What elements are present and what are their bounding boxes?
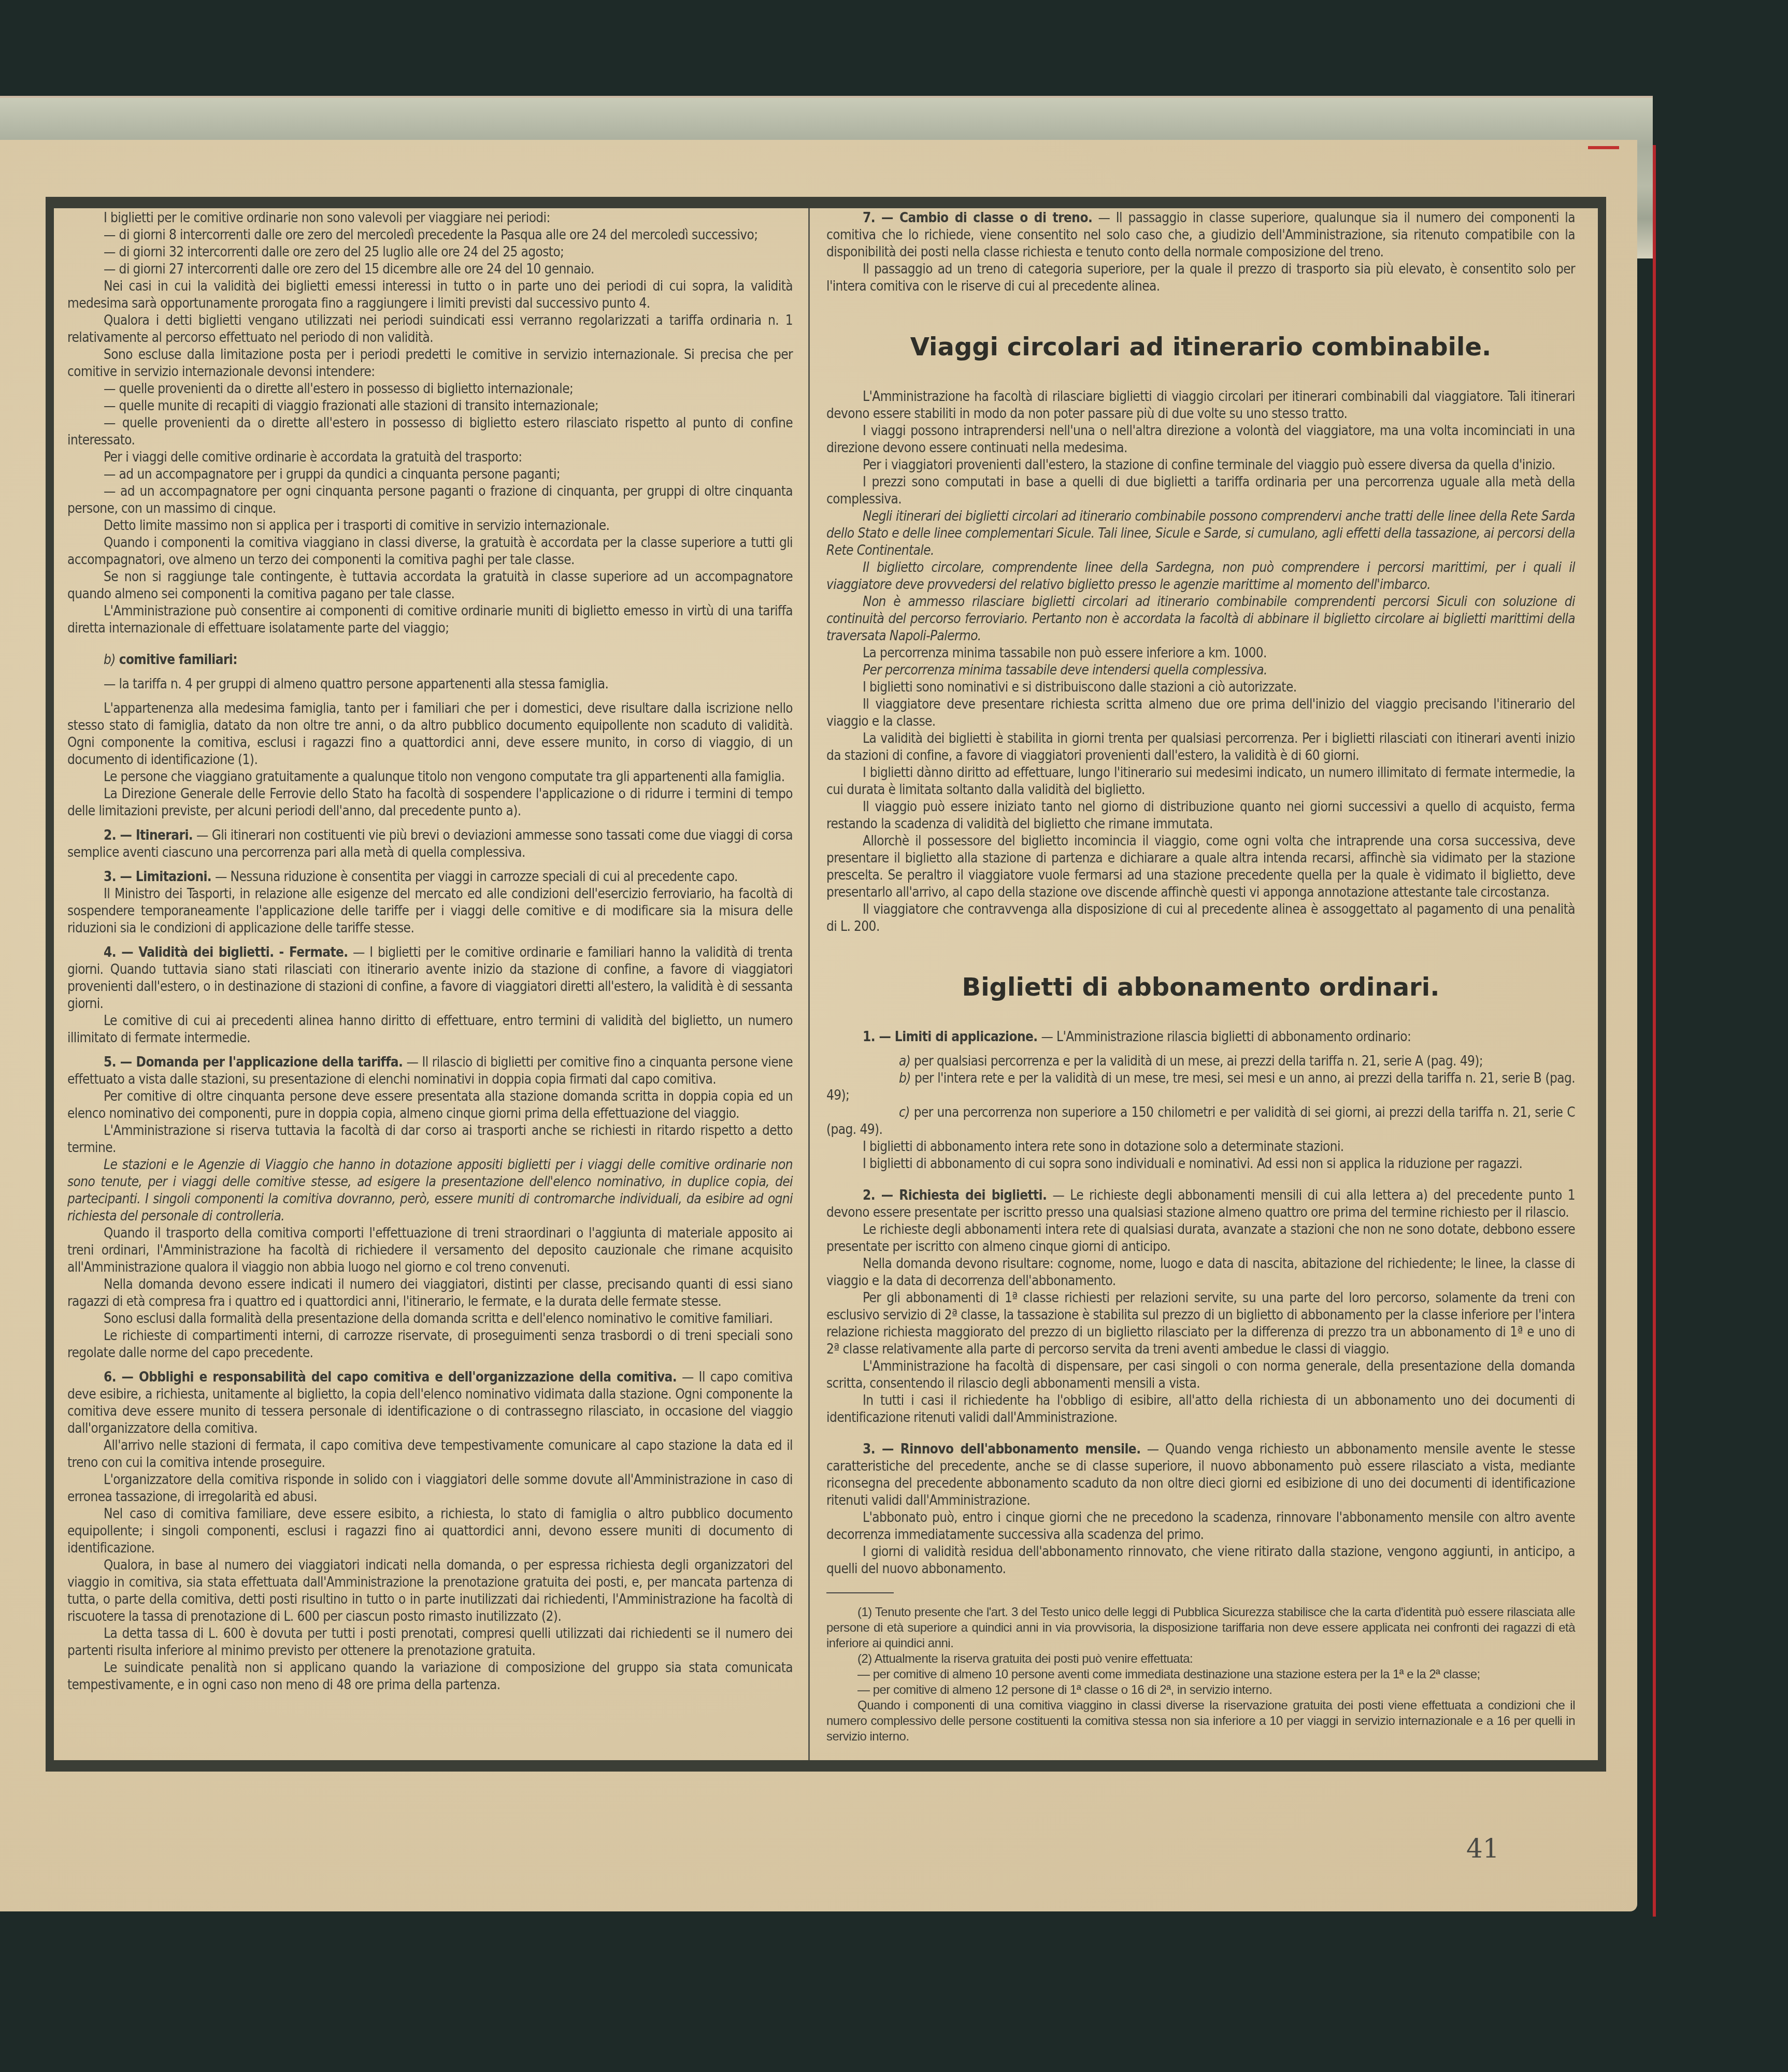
page-edge-red (1653, 145, 1656, 1917)
paragraph: — la tariffa n. 4 per gruppi di almeno q… (67, 676, 793, 693)
paragraph: I giorni di validità residua dell'abbona… (826, 1544, 1575, 1578)
paragraph: I biglietti sono nominativi e si distrib… (826, 679, 1575, 696)
paragraph: Sono escluse dalla limitazione posta per… (67, 347, 793, 381)
paragraph: Allorchè il possessore del biglietto inc… (826, 833, 1575, 901)
paragraph: Il viaggio può essere iniziato tanto nel… (826, 799, 1575, 833)
paragraph: L'Amministrazione può consentire ai comp… (67, 603, 793, 637)
paragraph-italic: Negli itinerari dei biglietti circolari … (826, 508, 1575, 559)
section-4: 4. — Validità dei biglietti. - Fermate. … (67, 944, 793, 1013)
paragraph-italic: Non è ammesso rilasciare biglietti circo… (826, 594, 1575, 645)
paragraph-italic: Per percorrenza minima tassabile deve in… (826, 662, 1575, 679)
list-item: — quelle provenienti da o dirette all'es… (67, 415, 793, 449)
paragraph: Le persone che viaggiano gratuitamente a… (67, 769, 793, 786)
paragraph: Il viaggiatore che contravvenga alla dis… (826, 901, 1575, 936)
paragraph: Le richieste degli abbonamenti intera re… (826, 1221, 1575, 1256)
heading-abbonamento: Biglietti di abbonamento ordinari. (826, 972, 1575, 1003)
paragraph: Per comitive di oltre cinquanta persone … (67, 1088, 793, 1123)
list-item: a) per qualsiasi percorrenza e per la va… (826, 1053, 1575, 1070)
paragraph: I biglietti di abbonamento intera rete s… (826, 1139, 1575, 1156)
paragraph: Le richieste di compartimenti interni, d… (67, 1328, 793, 1362)
paragraph: L'appartenenza alla medesima famiglia, t… (67, 700, 793, 769)
left-column: I biglietti per le comitive ordinarie no… (67, 210, 793, 1694)
subsection-label: b) (104, 652, 116, 668)
section-a3: 3. — Rinnovo dell'abbonamento mensile. —… (826, 1441, 1575, 1509)
paragraph: Quando i componenti la comitiva viaggian… (67, 535, 793, 569)
footnote-2: (2) Attualmente la riserva gratuita dei … (826, 1651, 1575, 1667)
footnote-1: (1) Tenuto presente che l'art. 3 del Tes… (826, 1605, 1575, 1651)
list-item: — di giorni 27 intercorrenti dalle ore z… (67, 261, 793, 278)
section-5: 5. — Domanda per l'applicazione della ta… (67, 1054, 793, 1088)
subsection-title: comitive familiari: (119, 652, 237, 668)
paragraph: I prezzi sono computati in base a quelli… (826, 474, 1575, 508)
section-title: 5. — Domanda per l'applicazione della ta… (104, 1055, 403, 1070)
paragraph: All'arrivo nelle stazioni di fermata, il… (67, 1437, 793, 1472)
footnote-list-item: — per comitive di almeno 12 persone di 1… (826, 1682, 1575, 1698)
paragraph: L'Amministrazione ha facoltà di rilascia… (826, 388, 1575, 423)
paragraph: Qualora i detti biglietti vengano utiliz… (67, 312, 793, 347)
paragraph: Le suindicate penalità non si applicano … (67, 1660, 793, 1694)
section-title: 6. — Obblighi e responsabilità del capo … (104, 1370, 677, 1385)
section-a1: 1. — Limiti di applicazione. — L'Amminis… (826, 1029, 1575, 1046)
paragraph: I biglietti di abbonamento di cui sopra … (826, 1156, 1575, 1173)
page-number: 41 (1466, 1834, 1499, 1864)
paragraph: Per gli abbonamenti di 1ª classe richies… (826, 1290, 1575, 1358)
paragraph: La detta tassa di L. 600 è dovuta per tu… (67, 1625, 793, 1660)
list-item: — di giorni 8 intercorrenti dalle ore ze… (67, 227, 793, 244)
right-column: 7. — Cambio di classe o di treno. — Il p… (826, 210, 1575, 1745)
paragraph: Detto limite massimo non si applica per … (67, 517, 793, 535)
paragraph: L'abbonato può, entro i cinque giorni ch… (826, 1509, 1575, 1544)
paragraph: Qualora, in base al numero dei viaggiato… (67, 1557, 793, 1625)
paragraph: La percorrenza minima tassabile non può … (826, 645, 1575, 662)
section-6: 6. — Obblighi e responsabilità del capo … (67, 1369, 793, 1437)
section-title: 3. — Limitazioni. (104, 869, 211, 885)
paragraph-italic: Le stazioni e le Agenzie di Viaggio che … (67, 1157, 793, 1225)
section-title: 1. — Limiti di applicazione. (863, 1029, 1038, 1045)
paragraph: L'Amministrazione ha facoltà di dispensa… (826, 1358, 1575, 1392)
paragraph: La Direzione Generale delle Ferrovie del… (67, 786, 793, 820)
paragraph: L'organizzatore della comitiva risponde … (67, 1472, 793, 1506)
subsection-heading: b) comitive familiari: (67, 652, 793, 669)
paragraph: I viaggi possono intraprendersi nell'una… (826, 423, 1575, 457)
section-title: 3. — Rinnovo dell'abbonamento mensile. (863, 1442, 1140, 1457)
footnote-divider (826, 1592, 894, 1593)
paragraph: I biglietti dànno diritto ad effettuare,… (826, 765, 1575, 799)
heading-viaggi-circolari: Viaggi circolari ad itinerario combinabi… (826, 332, 1575, 363)
paragraph: Nella domanda devono essere indicati il … (67, 1276, 793, 1311)
section-2: 2. — Itinerari. — Gli itinerari non cost… (67, 827, 793, 861)
list-item: — quelle munite di recapiti di viaggio f… (67, 398, 793, 415)
section-7: 7. — Cambio di classe o di treno. — Il p… (826, 210, 1575, 261)
section-title: 4. — Validità dei biglietti. - Fermate. (104, 945, 348, 960)
paragraph: L'Amministrazione si riserva tuttavia la… (67, 1123, 793, 1157)
paragraph: Per i viaggi delle comitive ordinarie è … (67, 449, 793, 466)
paragraph: Il passaggio ad un treno di categoria su… (826, 261, 1575, 295)
paragraph: Quando il trasporto della comitiva compo… (67, 1225, 793, 1276)
footnote-list-item: — per comitive di almeno 10 persone aven… (826, 1667, 1575, 1682)
paragraph: Il Ministro dei Tasporti, in relazione a… (67, 886, 793, 937)
footnotes: (1) Tenuto presente che l'art. 3 del Tes… (826, 1605, 1575, 1745)
list-item: — ad un accompagnatore per i gruppi da q… (67, 466, 793, 483)
list-item: — di giorni 32 intercorrenti dalle ore z… (67, 244, 793, 261)
section-title: 2. — Itinerari. (104, 828, 193, 843)
paragraph: I biglietti per le comitive ordinarie no… (67, 210, 793, 227)
list-item: b) per l'intera rete e per la validità d… (826, 1070, 1575, 1104)
paragraph: Nel caso di comitiva familiare, deve ess… (67, 1506, 793, 1557)
list-item: — quelle provenienti da o dirette all'es… (67, 381, 793, 398)
paragraph: Nella domanda devono risultare: cognome,… (826, 1256, 1575, 1290)
paragraph: Le comitive di cui ai precedenti alinea … (67, 1013, 793, 1047)
paragraph: La validità dei biglietti è stabilita in… (826, 730, 1575, 765)
paragraph: In tutti i casi il richiedente ha l'obbl… (826, 1392, 1575, 1427)
page-edge-red-top (1588, 146, 1619, 149)
section-a2: 2. — Richiesta dei biglietti. — Le richi… (826, 1187, 1575, 1221)
list-item: — ad un accompagnatore per ogni cinquant… (67, 483, 793, 517)
list-item: c) per una percorrenza non superiore a 1… (826, 1104, 1575, 1139)
paragraph: Per i viaggiatori provenienti dall'ester… (826, 457, 1575, 474)
column-separator (808, 208, 810, 1760)
paragraph: Il viaggiatore deve presentare richiesta… (826, 696, 1575, 730)
section-title: 7. — Cambio di classe o di treno. (863, 210, 1092, 226)
footnote-paragraph: Quando i componenti di una comitiva viag… (826, 1698, 1575, 1745)
paragraph: Se non si raggiunge tale contingente, è … (67, 569, 793, 603)
paragraph: Sono esclusi dalla formalità della prese… (67, 1311, 793, 1328)
paragraph-italic: Il biglietto circolare, comprendente lin… (826, 559, 1575, 594)
section-title: 2. — Richiesta dei biglietti. (863, 1188, 1047, 1203)
paragraph: Nei casi in cui la validità dei bigliett… (67, 278, 793, 312)
section-3: 3. — Limitazioni. — Nessuna riduzione è … (67, 869, 793, 886)
